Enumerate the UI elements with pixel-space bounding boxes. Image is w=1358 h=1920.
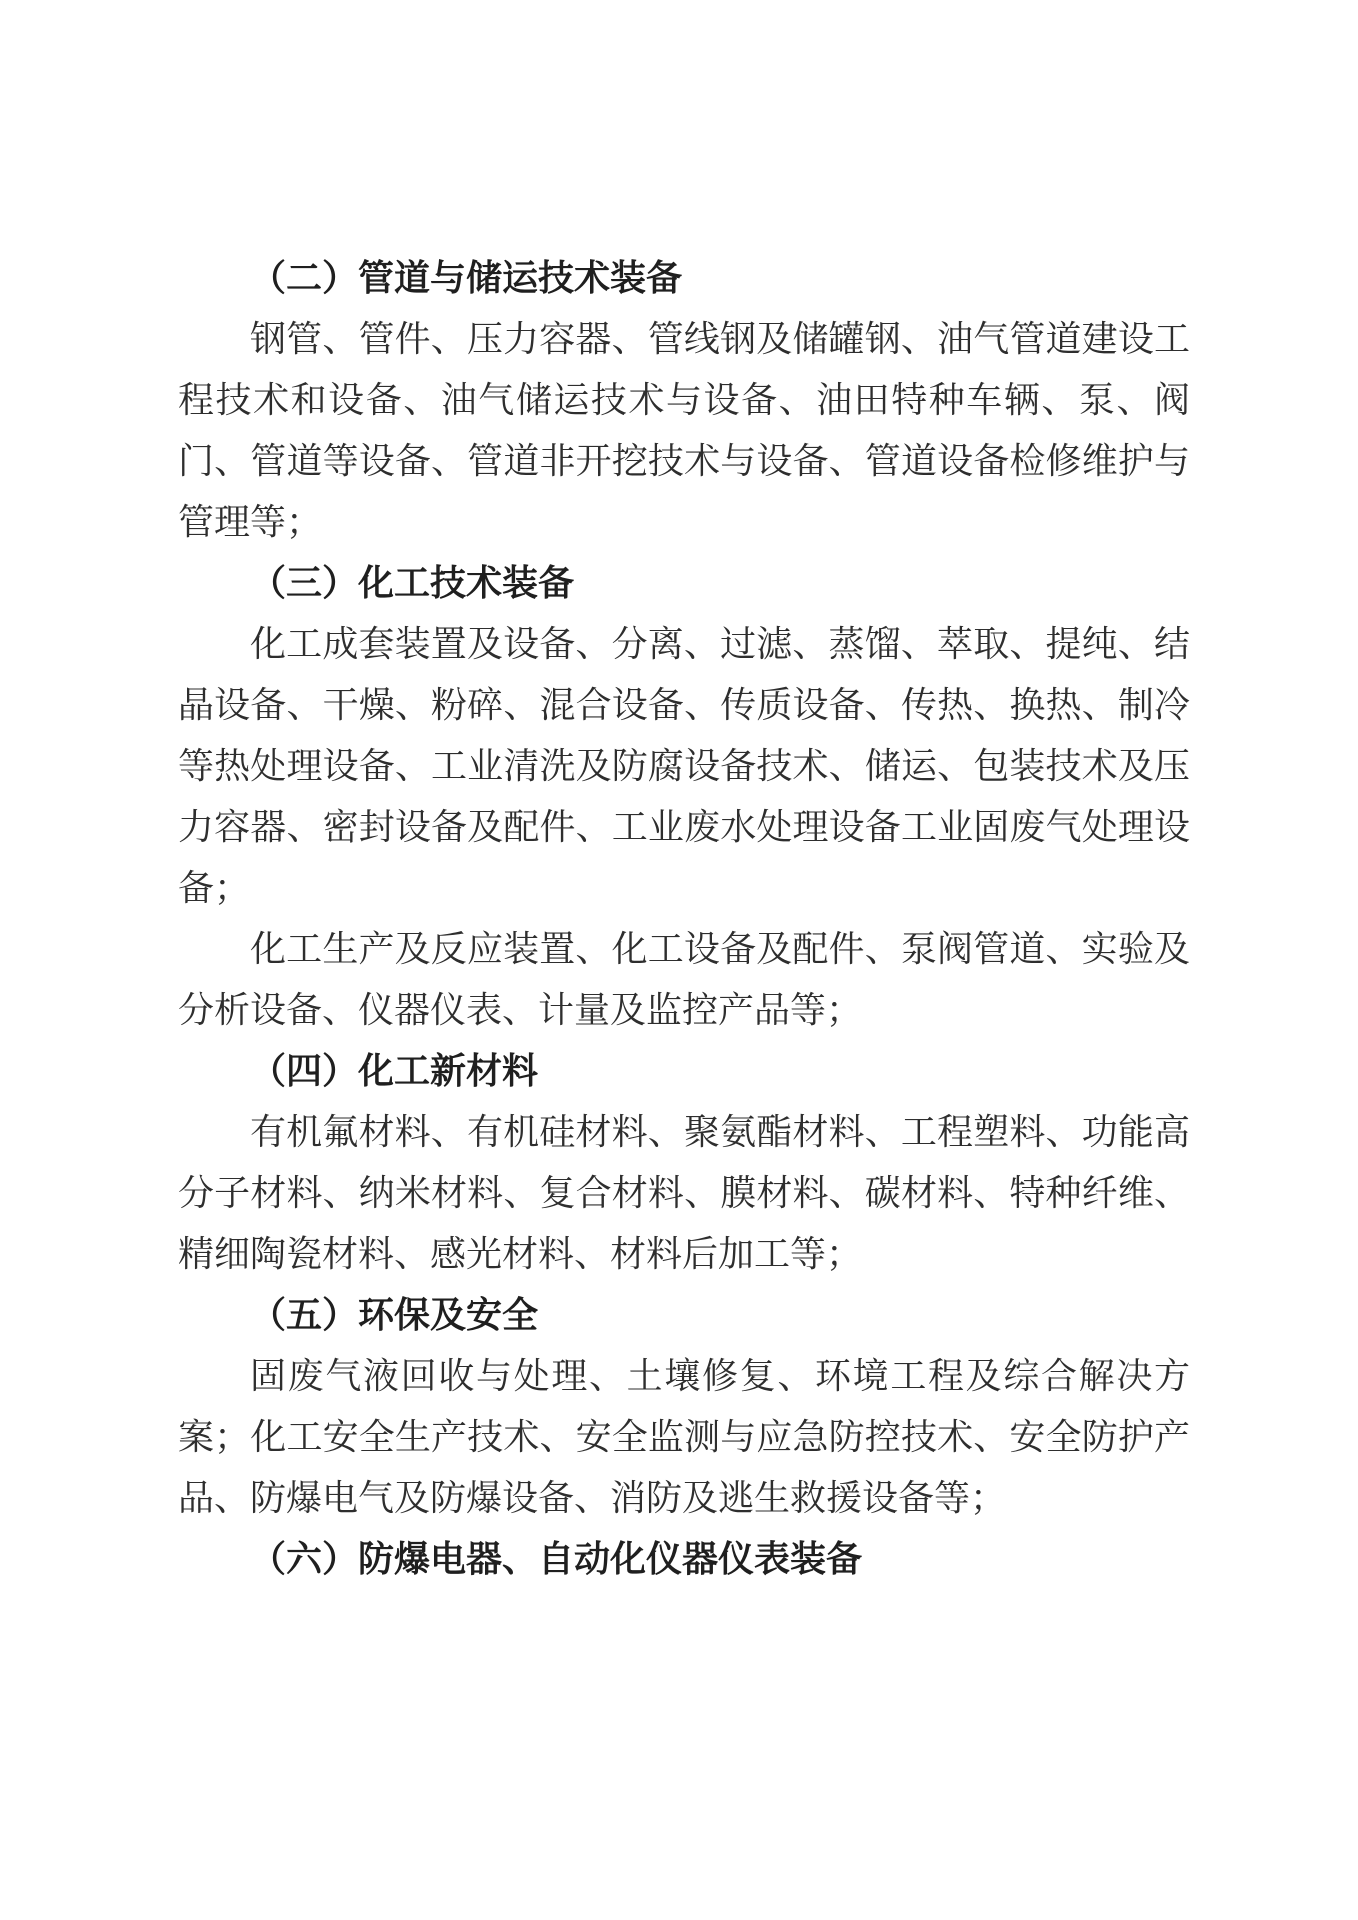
document-page: （二）管道与储运技术装备 钢管、管件、压力容器、管线钢及储罐钢、油气管道建设工程… (0, 0, 1358, 1920)
section-heading-explosion-proof: （六）防爆电器、自动化仪器仪表装备 (178, 1529, 1190, 1590)
section-heading-environment-safety: （五）环保及安全 (178, 1285, 1190, 1346)
section-heading-new-materials: （四）化工新材料 (178, 1041, 1190, 1102)
section-heading-chemical-technology: （三）化工技术装备 (178, 553, 1190, 614)
paragraph-chemical-process-equipment: 化工成套装置及设备、分离、过滤、蒸馏、萃取、提纯、结晶设备、干燥、粉碎、混合设备… (178, 614, 1190, 919)
paragraph-environment-safety-list: 固废气液回收与处理、土壤修复、环境工程及综合解决方案；化工安全生产技术、安全监测… (178, 1346, 1190, 1529)
paragraph-chemical-production-devices: 化工生产及反应装置、化工设备及配件、泵阀管道、实验及分析设备、仪器仪表、计量及监… (178, 919, 1190, 1041)
paragraph-new-materials-list: 有机氟材料、有机硅材料、聚氨酯材料、工程塑料、功能高分子材料、纳米材料、复合材料… (178, 1102, 1190, 1285)
paragraph-pipeline-storage-equipment: 钢管、管件、压力容器、管线钢及储罐钢、油气管道建设工程技术和设备、油气储运技术与… (178, 309, 1190, 553)
section-heading-pipeline-storage: （二）管道与储运技术装备 (178, 248, 1190, 309)
